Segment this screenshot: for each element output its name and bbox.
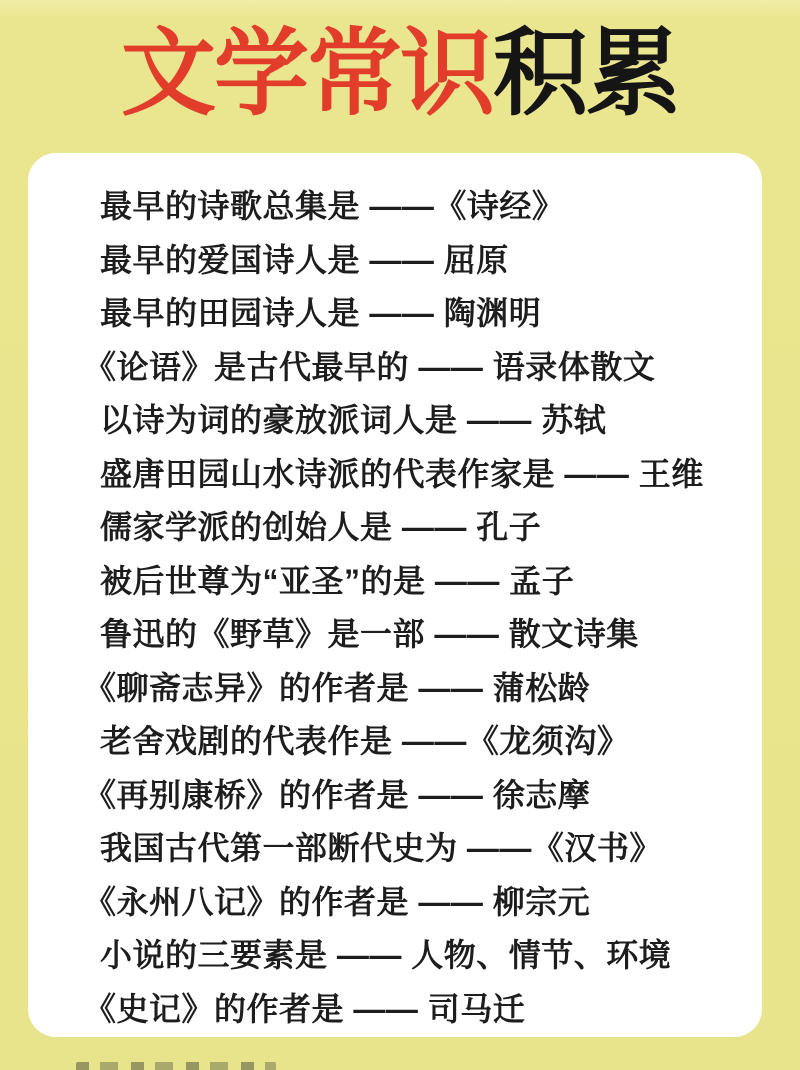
qa-item: 《永州八记》的作者是 —— 柳宗元 (84, 876, 746, 930)
content-card: 最早的诗歌总集是 ——《诗经》 最早的爱国诗人是 —— 屈原 最早的田园诗人是 … (28, 153, 762, 1037)
page-title-highlight: 文学常识 (121, 21, 493, 127)
qa-item: 《聊斋志异》的作者是 —— 蒲松龄 (84, 662, 746, 716)
qa-item: 《论语》是古代最早的 —— 语录体散文 (84, 341, 746, 395)
qa-item: 被后世尊为“亚圣”的是 —— 孟子 (84, 555, 746, 609)
qa-list: 最早的诗歌总集是 ——《诗经》 最早的爱国诗人是 —— 屈原 最早的田园诗人是 … (28, 153, 762, 1036)
poster-page: { "page": { "background_color": "#e8e48b… (0, 0, 800, 1070)
qa-item: 我国古代第一部断代史为 ——《汉书》 (84, 822, 746, 876)
qa-item: 老舍戏剧的代表作是 ——《龙须沟》 (84, 715, 746, 769)
cutoff-text-fragment (76, 1062, 276, 1070)
qa-item: 小说的三要素是 —— 人物、情节、环境 (84, 929, 746, 983)
page-title-rest: 积累 (493, 21, 679, 127)
qa-item: 盛唐田园山水诗派的代表作家是 —— 王维 (84, 448, 746, 502)
qa-item: 《再别康桥》的作者是 —— 徐志摩 (84, 769, 746, 823)
qa-item: 《史记》的作者是 —— 司马迁 (84, 983, 746, 1037)
qa-item: 最早的田园诗人是 —— 陶渊明 (84, 287, 746, 341)
qa-item: 最早的诗歌总集是 ——《诗经》 (84, 180, 746, 234)
qa-item: 鲁迅的《野草》是一部 —— 散文诗集 (84, 608, 746, 662)
page-title: 文学常识积累 (0, 18, 800, 130)
qa-item: 最早的爱国诗人是 —— 屈原 (84, 234, 746, 288)
qa-item: 以诗为词的豪放派词人是 —— 苏轼 (84, 394, 746, 448)
qa-item: 儒家学派的创始人是 —— 孔子 (84, 501, 746, 555)
